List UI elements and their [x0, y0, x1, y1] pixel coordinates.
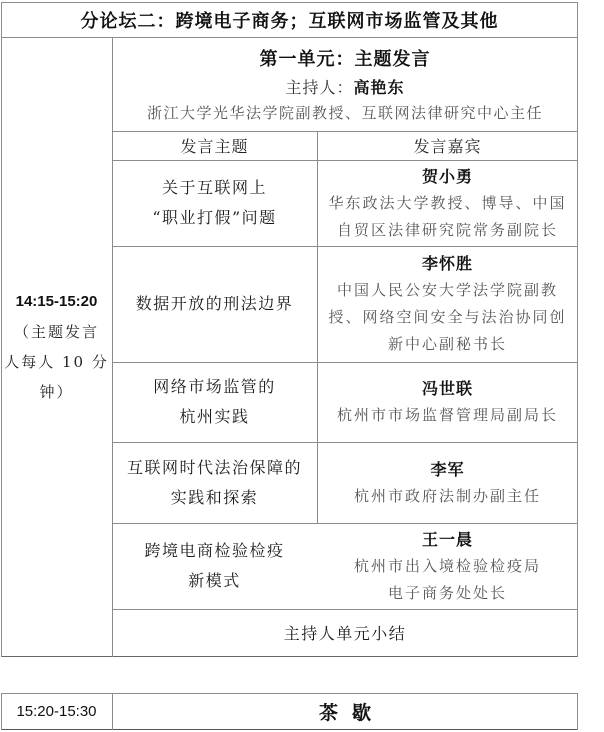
speaker-desc-line: 新中心副秘书长 [388, 331, 507, 358]
speaker-name: 冯世联 [422, 375, 473, 402]
host-label: 主持人： [285, 78, 353, 97]
topic-line: 网络市场监管的 [153, 372, 276, 402]
speaker-name: 贺小勇 [422, 163, 473, 190]
table-row-4-speaker: 李军 杭州市政府法制办副主任 [317, 442, 578, 523]
table-row-1-speaker: 贺小勇 华东政法大学教授、博导、中国 自贸区法律研究院常务副院长 [317, 160, 578, 246]
tea-break-label: 茶歇 [305, 698, 385, 725]
session-time: 14:15-15:20 [16, 287, 98, 317]
table-row-2-topic: 数据开放的刑法边界 [112, 246, 317, 362]
speaker-desc-line: 自贸区法律研究院常务副院长 [337, 217, 558, 244]
column-header-topic-label: 发言主题 [180, 134, 248, 157]
topic-line: 杭州实践 [179, 402, 249, 432]
tea-label-cell: 茶歇 [112, 693, 578, 729]
table-row-5-speaker: 王一晨 杭州市出入境检验检疫局 电子商务处处长 [317, 523, 578, 609]
time-cell: 14:15-15:20 （主题发言 人每人 10 分 钟） [1, 37, 112, 657]
host-description: 浙江大学光华法学院副教授、互联网法律研究中心主任 [147, 102, 543, 123]
table-row-3-topic: 网络市场监管的 杭州实践 [112, 362, 317, 442]
speaker-name: 李怀胜 [422, 250, 473, 277]
unit-header-cell: 第一单元：主题发言 主持人：高艳东 浙江大学光华法学院副教授、互联网法律研究中心… [112, 37, 578, 131]
speaker-desc-line: 授、网络空间安全与法治协同创 [328, 304, 566, 331]
table-row-2-speaker: 李怀胜 中国人民公安大学法学院副教 授、网络空间安全与法治协同创 新中心副秘书长 [317, 246, 578, 362]
tea-time-cell: 15:20-15:30 [1, 693, 112, 729]
column-header-topic: 发言主题 [112, 131, 317, 160]
host-line: 主持人：高艳东 [285, 75, 404, 98]
speaker-desc-line: 中国人民公安大学法学院副教 [337, 277, 558, 304]
time-note-line-2: 人每人 10 分 [4, 347, 109, 377]
time-note-line-1: （主题发言 [14, 317, 99, 347]
speaker-name: 王一晨 [422, 526, 473, 553]
topic-line: 新模式 [188, 566, 241, 596]
topic-line: 互联网时代法治保障的 [127, 453, 302, 483]
column-header-speaker-label: 发言嘉宾 [413, 134, 481, 157]
time-note-line-3: 钟） [39, 377, 73, 407]
forum-title-cell: 分论坛二：跨境电子商务；互联网市场监管及其他 [1, 2, 578, 37]
speaker-desc-line: 电子商务处处长 [388, 580, 507, 607]
forum-title: 分论坛二：跨境电子商务；互联网市场监管及其他 [81, 7, 499, 33]
table-row-5-topic: 跨境电商检验检疫 新模式 [112, 523, 317, 609]
speaker-desc-line: 华东政法大学教授、博导、中国 [328, 190, 566, 217]
topic-line: 实践和探索 [171, 483, 259, 513]
topic-line: 跨境电商检验检疫 [144, 536, 284, 566]
speaker-desc-line: 杭州市市场监督管理局副局长 [337, 402, 558, 429]
speaker-desc-line: 杭州市出入境检验检疫局 [354, 553, 541, 580]
topic-line: 数据开放的刑法边界 [136, 289, 294, 319]
tea-bottom-border [1, 729, 578, 730]
table-row-3-speaker: 冯世联 杭州市市场监督管理局副局长 [317, 362, 578, 442]
column-header-speaker: 发言嘉宾 [317, 131, 578, 160]
topic-line: “职业打假”问题 [152, 203, 276, 233]
summary-cell: 主持人单元小结 [112, 609, 578, 656]
speaker-desc-line: 杭州市政府法制办副主任 [354, 483, 541, 510]
table-row-1-topic: 关于互联网上 “职业打假”问题 [112, 160, 317, 246]
tea-break-time: 15:20-15:30 [16, 703, 96, 720]
host-name: 高艳东 [354, 78, 405, 97]
table-row-4-topic: 互联网时代法治保障的 实践和探索 [112, 442, 317, 523]
topic-line: 关于互联网上 [162, 173, 267, 203]
unit-title: 第一单元：主题发言 [260, 45, 431, 71]
unit-summary: 主持人单元小结 [284, 621, 407, 644]
speaker-name: 李军 [430, 456, 464, 483]
